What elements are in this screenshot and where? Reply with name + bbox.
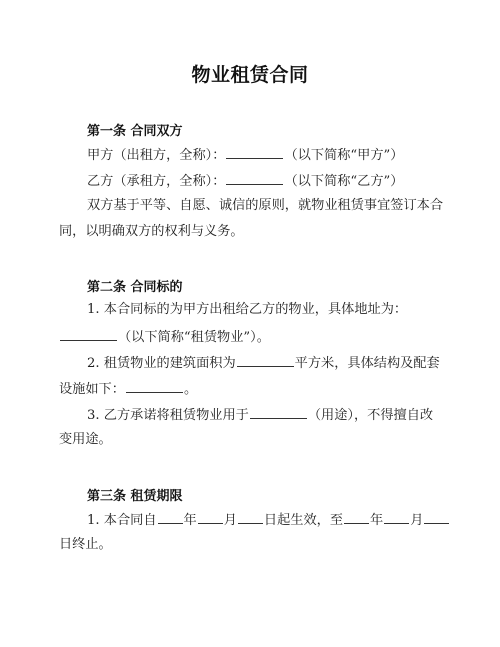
preamble-line-2: 同，以明确双方的权利与义务。 xyxy=(59,223,244,241)
item-2-2-line-1: 2. 租赁物业的建筑面积为平方米，具体结构及配套 xyxy=(87,353,440,373)
item-2-1-line-1: 1. 本合同标的为甲方出租给乙方的物业，具体地址为： xyxy=(87,301,407,319)
end-month-blank[interactable] xyxy=(384,510,409,524)
party-b-alias: （以下简称“乙方”） xyxy=(284,174,403,189)
year-label: 年 xyxy=(184,513,197,528)
month-label: 月 xyxy=(224,513,237,528)
section-2-heading: 第二条 合同标的 xyxy=(87,276,183,295)
party-a-alias: （以下简称“甲方”） xyxy=(284,148,403,163)
facilities-label: 设施如下： xyxy=(59,382,125,397)
item-2-1-line-2: （以下简称“租赁物业”）。 xyxy=(59,327,270,347)
area-label: 2. 租赁物业的建筑面积为 xyxy=(87,356,236,371)
year-label: 年 xyxy=(370,513,383,528)
area-unit: 平方米，具体结构及配套 xyxy=(295,356,440,371)
party-b-name-blank[interactable] xyxy=(226,171,283,185)
end-day-blank[interactable] xyxy=(424,510,449,524)
start-day-blank[interactable] xyxy=(238,510,263,524)
facilities-blank[interactable] xyxy=(126,379,183,393)
party-a-label: 甲方（出租方，全称）： xyxy=(87,148,225,163)
party-a-name-blank[interactable] xyxy=(226,145,283,159)
preamble-line-1: 双方基于平等、自愿、诚信的原则，就物业租赁事宜签订本合 xyxy=(87,197,443,215)
start-year-blank[interactable] xyxy=(158,510,183,524)
party-b-line: 乙方（承租方，全称）：（以下简称“乙方”） xyxy=(87,171,403,191)
item-2-2-line-2: 设施如下：。 xyxy=(59,379,197,399)
item-3-1-line-2: 日终止。 xyxy=(59,536,112,554)
month-label: 月 xyxy=(410,513,423,528)
item-3-1-line-1: 1. 本合同自年月日起生效，至年月 xyxy=(87,510,450,530)
facilities-end: 。 xyxy=(184,382,197,397)
document-title: 物业租赁合同 xyxy=(0,60,500,87)
usage-label: 3. 乙方承诺将租赁物业用于 xyxy=(87,408,249,423)
usage-suffix: （用途），不得擅自改 xyxy=(308,408,433,423)
start-month-blank[interactable] xyxy=(198,510,223,524)
party-a-line: 甲方（出租方，全称）：（以下简称“甲方”） xyxy=(87,145,403,165)
address-blank[interactable] xyxy=(60,327,117,341)
term-label: 1. 本合同自 xyxy=(87,513,157,528)
usage-blank[interactable] xyxy=(250,405,307,419)
section-3-heading: 第三条 租赁期限 xyxy=(87,485,183,504)
property-alias: （以下简称“租赁物业”）。 xyxy=(118,330,270,345)
item-2-3-line-2: 变用途。 xyxy=(59,431,112,449)
end-year-blank[interactable] xyxy=(344,510,369,524)
start-day-label: 日起生效，至 xyxy=(264,513,343,528)
item-2-3-line-1: 3. 乙方承诺将租赁物业用于（用途），不得擅自改 xyxy=(87,405,433,425)
party-b-label: 乙方（承租方，全称）： xyxy=(87,174,225,189)
area-blank[interactable] xyxy=(237,353,294,367)
section-1-heading: 第一条 合同双方 xyxy=(87,120,183,139)
